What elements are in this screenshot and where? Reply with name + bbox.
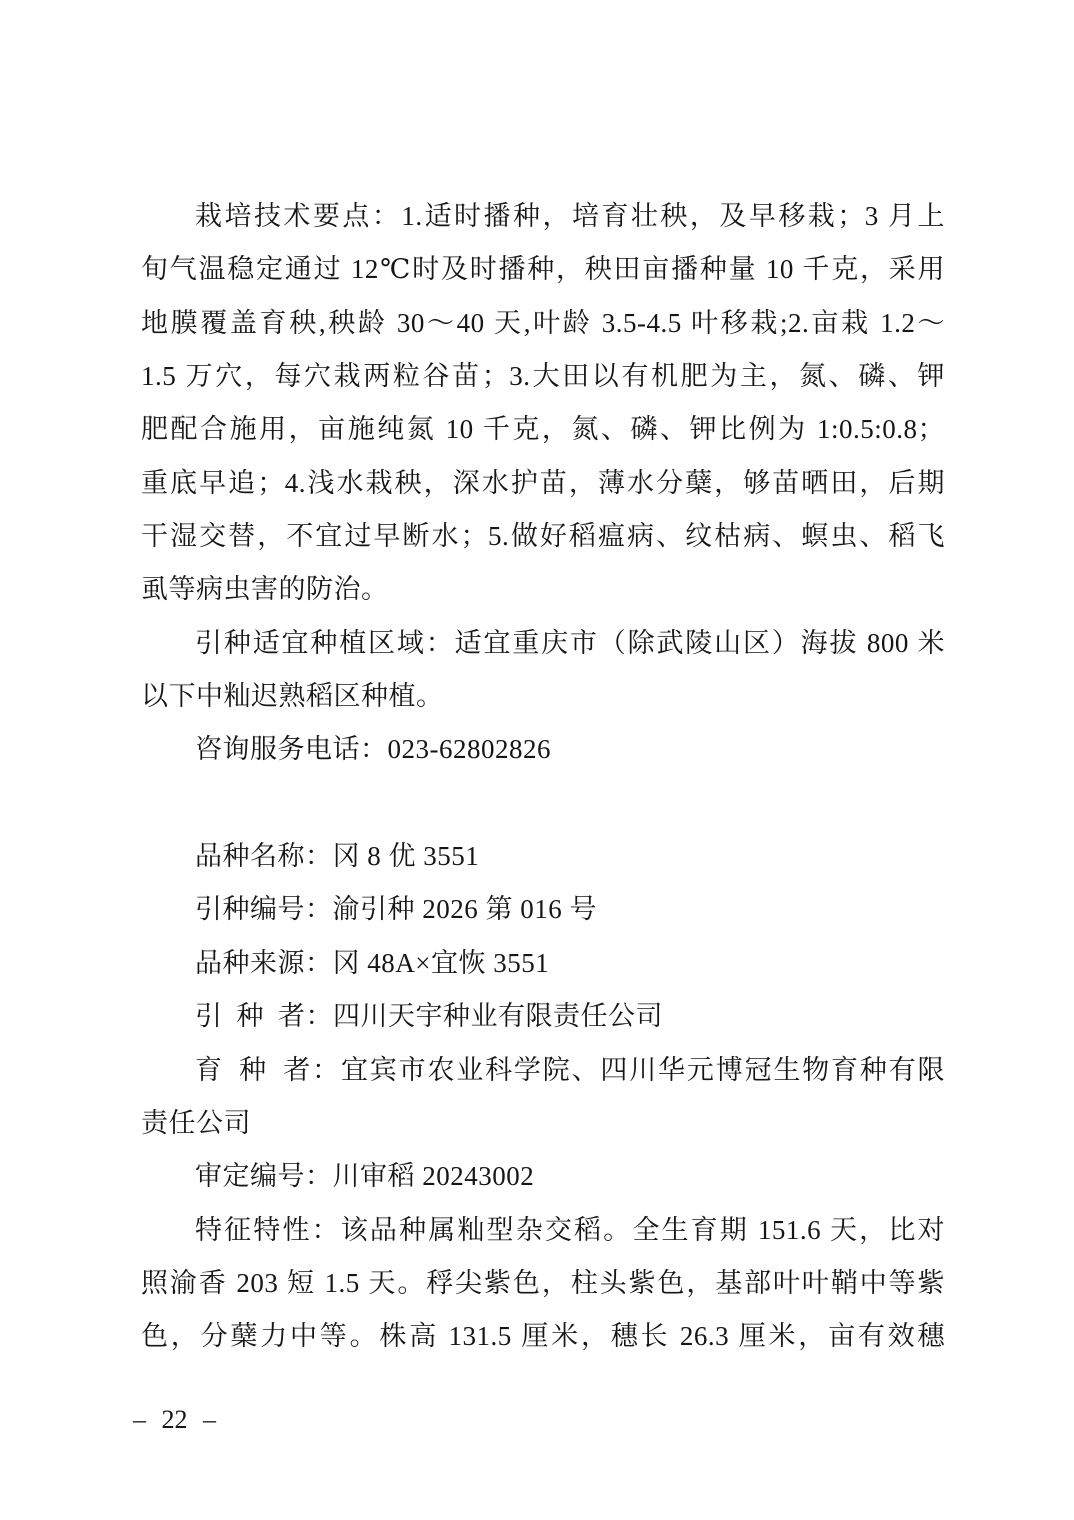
document-body: 栽培技术要点：1.适时播种，培育壮秧，及早移栽；3 月上 旬气温稳定通过 12℃… bbox=[141, 190, 945, 1364]
para-cultivation-line-4: 1.5 万穴，每穴栽两粒谷苗；3.大田以有机肥为主，氮、磷、钾 bbox=[141, 350, 945, 403]
line-service-phone: 咨询服务电话：023-62802826 bbox=[141, 723, 945, 776]
para-characteristics-line-3: 色，分蘖力中等。株高 131.5 厘米，穗长 26.3 厘米，亩有效穗 bbox=[141, 1310, 945, 1363]
para-cultivation-line-3: 地膜覆盖育秧,秧龄 30～40 天,叶龄 3.5-4.5 叶移栽;2.亩栽 1.… bbox=[141, 297, 945, 350]
para-cultivation-line-8: 虱等病虫害的防治。 bbox=[141, 563, 945, 616]
line-certification-number: 审定编号：川审稻 20243002 bbox=[141, 1150, 945, 1203]
line-variety-source: 品种来源：冈 48A×宜恢 3551 bbox=[141, 937, 945, 990]
line-introduction-number: 引种编号：渝引种 2026 第 016 号 bbox=[141, 883, 945, 936]
para-region-line-1: 引种适宜种植区域：适宜重庆市（除武陵山区）海拔 800 米 bbox=[141, 617, 945, 670]
line-breeder: 育 种 者：宜宾市农业科学院、四川华元博冠生物育种有限 bbox=[141, 1044, 945, 1097]
para-region-line-2: 以下中籼迟熟稻区种植。 bbox=[141, 670, 945, 723]
para-characteristics-line-1: 特征特性：该品种属籼型杂交稻。全生育期 151.6 天，比对 bbox=[141, 1204, 945, 1257]
line-variety-name: 品种名称：冈 8 优 3551 bbox=[141, 830, 945, 883]
document-page: 栽培技术要点：1.适时播种，培育壮秧，及早移栽；3 月上 旬气温稳定通过 12℃… bbox=[0, 0, 1074, 1520]
para-cultivation-line-1: 栽培技术要点：1.适时播种，培育壮秧，及早移栽；3 月上 bbox=[141, 190, 945, 243]
page-number: – 22 – bbox=[133, 1405, 216, 1435]
para-cultivation-line-6: 重底早追；4.浅水栽秧，深水护苗，薄水分蘖，够苗晒田，后期 bbox=[141, 457, 945, 510]
para-cultivation-line-2: 旬气温稳定通过 12℃时及时播种，秧田亩播种量 10 千克，采用 bbox=[141, 243, 945, 296]
blank-line bbox=[141, 777, 945, 830]
line-introducer: 引 种 者：四川天宇种业有限责任公司 bbox=[141, 990, 945, 1043]
para-cultivation-line-7: 干湿交替，不宜过早断水；5.做好稻瘟病、纹枯病、螟虫、稻飞 bbox=[141, 510, 945, 563]
line-breeder-continuation: 责任公司 bbox=[141, 1097, 945, 1150]
para-cultivation-line-5: 肥配合施用，亩施纯氮 10 千克，氮、磷、钾比例为 1:0.5:0.8； bbox=[141, 403, 945, 456]
para-characteristics-line-2: 照渝香 203 短 1.5 天。稃尖紫色，柱头紫色，基部叶叶鞘中等紫 bbox=[141, 1257, 945, 1310]
